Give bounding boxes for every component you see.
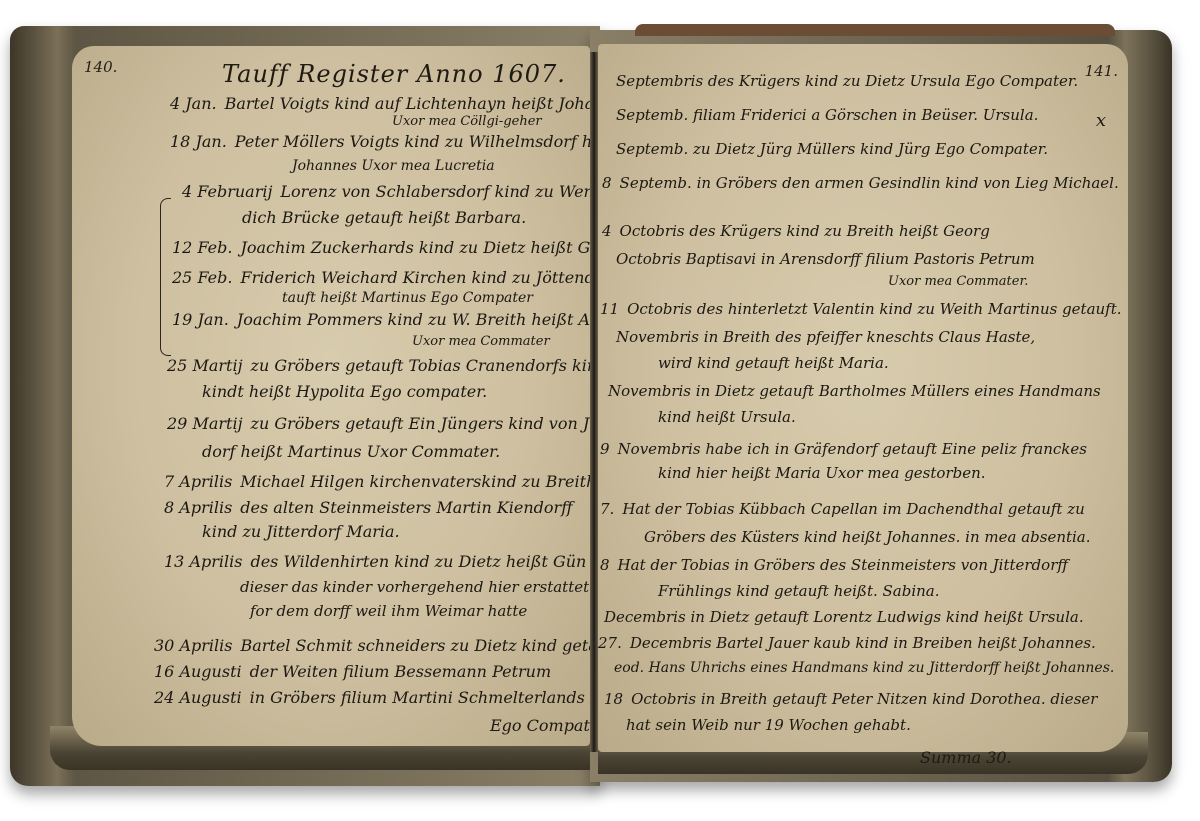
entry-line: 13 Aprilisdes Wildenhirten kind zu Dietz… <box>164 552 586 571</box>
entry-line: Uxor mea Commater <box>412 334 550 349</box>
entry-line: 8Hat der Tobias in Gröbers des Steinmeis… <box>600 556 1068 574</box>
entry-line: Septembris des Krügers kind zu Dietz Urs… <box>616 72 1078 90</box>
entry-line: 16 Augustider Weiten filium Bessemann Pe… <box>154 662 551 681</box>
right-entries: Septembris des Krügers kind zu Dietz Urs… <box>598 44 1128 752</box>
entry-line: 12 Feb.Joachim Zuckerhards kind zu Dietz… <box>172 238 642 257</box>
entry-line: 9Novembris habe ich in Gräfendorf getauf… <box>600 440 1087 458</box>
summa-total: Summa 30. <box>920 748 1012 767</box>
entry-line: 29 Martijzu Gröbers getauft Ein Jüngers … <box>167 414 632 433</box>
entry-line: eod. Hans Uhrichs eines Handmans kind zu… <box>614 660 1114 676</box>
entry-line: 8 Aprilisdes alten Steinmeisters Martin … <box>164 498 573 517</box>
entry-line: Novembris in Breith des pfeiffer knescht… <box>616 328 1035 346</box>
entry-line: kind hier heißt Maria Uxor mea gestorben… <box>658 464 986 482</box>
entry-line: Decembris in Dietz getauft Lorentz Ludwi… <box>604 608 1084 626</box>
entry-line: 4Octobris des Krügers kind zu Breith hei… <box>602 222 990 240</box>
entry-line: 24 Augustiin Gröbers filium Martini Schm… <box>154 688 630 707</box>
entry-line: kind zu Jitterdorf Maria. <box>202 522 400 541</box>
entry-line: Novembris in Dietz getauft Bartholmes Mü… <box>608 382 1101 400</box>
entry-line: Uxor mea Cöllgi-geher <box>392 114 542 129</box>
entry-line: 18Octobris in Breith getauft Peter Nitze… <box>604 690 1097 708</box>
entry-line: Septemb. zu Dietz Jürg Müllers kind Jürg… <box>616 140 1048 158</box>
entry-line: 7.Hat der Tobias Kübbach Capellan im Dac… <box>600 500 1085 518</box>
entry-line: Frühlings kind getauft heißt. Sabina. <box>658 582 940 600</box>
left-page: 140. Tauff Register Anno 1607. 4 Jan.Bar… <box>72 46 590 746</box>
entry-line: 18 Jan.Peter Möllers Voigts kind zu Wilh… <box>170 132 624 151</box>
open-register-book: 140. Tauff Register Anno 1607. 4 Jan.Bar… <box>10 26 1172 786</box>
entry-line: tauft heißt Martinus Ego Compater <box>282 290 533 306</box>
entry-line: dich Brücke getauft heißt Barbara. <box>242 208 526 227</box>
entry-line: Septemb. filiam Friderici a Görschen in … <box>616 106 1038 124</box>
entry-line: hat sein Weib nur 19 Wochen gehabt. <box>626 716 911 734</box>
right-page: 141. x Septembris des Krügers kind zu Di… <box>598 44 1128 752</box>
entry-line: 19 Jan.Joachim Pommers kind zu W. Breith… <box>172 310 620 329</box>
entry-line: dieser das kinder vorhergehend hier erst… <box>240 578 589 596</box>
entry-line: dorf heißt Martinus Uxor Commater. <box>202 442 500 461</box>
entry-line: Gröbers des Küsters kind heißt Johannes.… <box>644 528 1091 546</box>
entry-line: Johannes Uxor mea Lucretia <box>292 158 495 174</box>
entry-line: 25 Martijzu Gröbers getauft Tobias Crane… <box>167 356 607 375</box>
entry-line: Octobris Baptisavi in Arensdorff filium … <box>616 250 1035 268</box>
entry-line: wird kind getauft heißt Maria. <box>658 354 889 372</box>
left-entries: 4 Jan.Bartel Voigts kind auf Lichtenhayn… <box>72 46 590 746</box>
entry-line: 27.Decembris Bartel Jauer kaub kind in B… <box>598 634 1096 652</box>
entry-line: 11Octobris des hinterletzt Valentin kind… <box>600 300 1122 318</box>
entry-line: for dem dorff weil ihm Weimar hatte <box>250 602 527 620</box>
entry-line: 8Septemb. in Gröbers den armen Gesindlin… <box>602 174 1119 192</box>
entry-line: Uxor mea Commater. <box>888 274 1028 289</box>
entry-line: kindt heißt Hypolita Ego compater. <box>202 382 487 401</box>
book-gutter <box>590 52 598 752</box>
entry-line: 30 AprilisBartel Schmit schneiders zu Di… <box>154 636 621 655</box>
entry-line: 7 AprilisMichael Hilgen kirchenvaterskin… <box>164 472 596 491</box>
book-headband <box>635 24 1115 36</box>
entry-line: 4 FebruarijLorenz von Schlabersdorf kind… <box>182 182 599 201</box>
entry-line: 4 Jan.Bartel Voigts kind auf Lichtenhayn… <box>170 94 615 113</box>
entry-line: kind heißt Ursula. <box>658 408 796 426</box>
entry-line: 25 Feb.Friderich Weichard Kirchen kind z… <box>172 268 648 287</box>
